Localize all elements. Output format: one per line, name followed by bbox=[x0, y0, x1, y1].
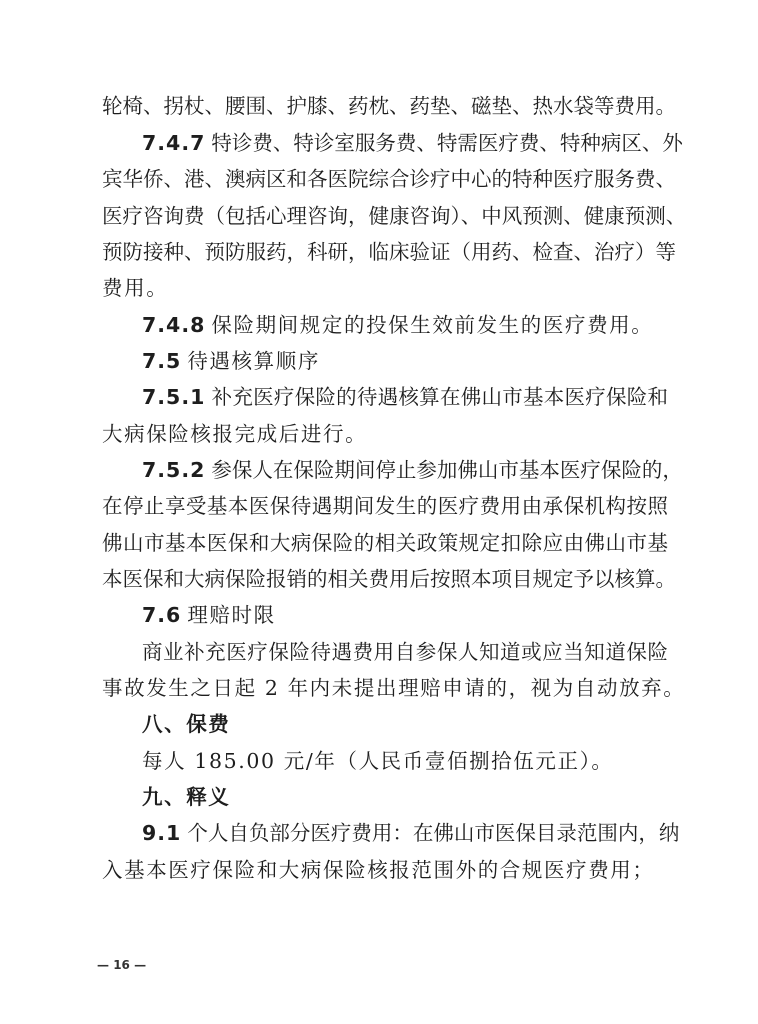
text-line: 轮椅、拐杖、腰围、护膝、药枕、药垫、磁垫、热水袋等费用。 bbox=[102, 94, 668, 118]
clause-text: 特诊费、特诊室服务费、特需医疗费、特种病区、外 bbox=[211, 131, 683, 155]
text-line: 大病保险核报完成后进行。 bbox=[102, 422, 668, 446]
page-number: — 16 — bbox=[97, 958, 146, 972]
clause-text: 补充医疗保险的待遇核算在佛山市基本医疗保险和 bbox=[211, 385, 668, 409]
clause-7-5-2-line-1: 7.5.2参保人在保险期间停止参加佛山市基本医疗保险的， bbox=[142, 458, 668, 482]
clause-text: 保险期间规定的投保生效前发生的医疗费用。 bbox=[211, 313, 653, 337]
page-number-value: 16 bbox=[113, 958, 130, 972]
clause-number: 9.1 bbox=[142, 821, 181, 845]
text-line: 事故发生之日起 2 年内未提出理赔申请的，视为自动放弃。 bbox=[102, 676, 668, 700]
clause-text: 参保人在保险期间停止参加佛山市基本医疗保险的， bbox=[211, 458, 683, 482]
clause-number: 7.6 bbox=[142, 603, 181, 627]
premium-text: 每人 185.00 元/年（人民币壹佰捌拾伍元正）。 bbox=[142, 749, 708, 773]
clause-7-5-1-line-1: 7.5.1补充医疗保险的待遇核算在佛山市基本医疗保险和 bbox=[142, 385, 668, 409]
clause-number: 7.5.1 bbox=[142, 385, 205, 409]
clause-7-4-8: 7.4.8保险期间规定的投保生效前发生的医疗费用。 bbox=[142, 313, 708, 337]
text-line: 宾华侨、港、澳病区和各医院综合诊疗中心的特种医疗服务费、 bbox=[102, 167, 668, 191]
clause-7-4-7-line-1: 7.4.7特诊费、特诊室服务费、特需医疗费、特种病区、外 bbox=[142, 131, 668, 155]
text-line: 在停止享受基本医保待遇期间发生的医疗费用由承保机构按照 bbox=[102, 494, 668, 518]
clause-number: 7.4.7 bbox=[142, 131, 205, 155]
section-heading-premium: 八、保费 bbox=[142, 712, 708, 736]
text-line: 佛山市基本医保和大病保险的相关政策规定扣除应由佛山市基 bbox=[102, 531, 668, 555]
clause-7-5-heading: 7.5待遇核算顺序 bbox=[142, 349, 708, 373]
text-line: 医疗咨询费（包括心理咨询，健康咨询）、中风预测、健康预测、 bbox=[102, 204, 668, 228]
section-heading-definitions: 九、释义 bbox=[142, 785, 708, 809]
clause-number: 7.5 bbox=[142, 349, 181, 373]
text-line: 预防接种、预防服药，科研，临床验证（用药、检查、治疗）等 bbox=[102, 240, 668, 264]
document-page: 轮椅、拐杖、腰围、护膝、药枕、药垫、磁垫、热水袋等费用。 7.4.7特诊费、特诊… bbox=[0, 0, 758, 1024]
text-line: 入基本医疗保险和大病保险核报范围外的合规医疗费用； bbox=[102, 858, 668, 882]
clause-9-1-line-1: 9.1个人自负部分医疗费用：在佛山市医保目录范围内，纳 bbox=[142, 821, 668, 845]
text-line: 商业补充医疗保险待遇费用自参保人知道或应当知道保险 bbox=[142, 640, 668, 664]
text-line: 本医保和大病保险报销的相关费用后按照本项目规定予以核算。 bbox=[102, 567, 668, 591]
clause-text: 个人自负部分医疗费用：在佛山市医保目录范围内，纳 bbox=[187, 821, 679, 845]
text-line: 费用。 bbox=[102, 276, 668, 300]
clause-number: 7.5.2 bbox=[142, 458, 205, 482]
clause-text: 待遇核算顺序 bbox=[187, 349, 320, 373]
clause-number: 7.4.8 bbox=[142, 313, 205, 337]
clause-7-6-heading: 7.6理赔时限 bbox=[142, 603, 708, 627]
clause-text: 理赔时限 bbox=[187, 603, 275, 627]
